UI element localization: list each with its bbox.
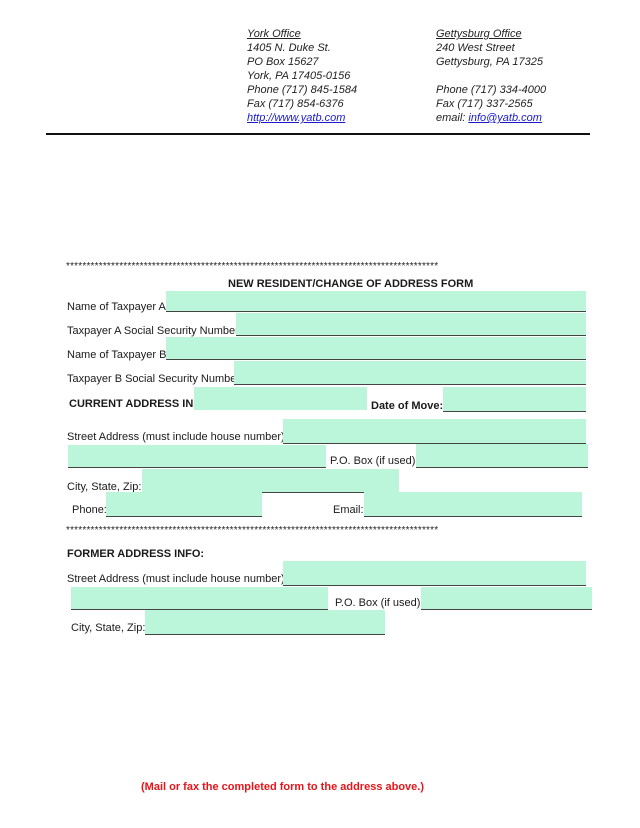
- taxpayer-b-ssn-field[interactable]: [234, 361, 586, 385]
- gettysburg-phone: Phone (717) 334-4000: [436, 83, 546, 97]
- email-field-label: Email:: [333, 504, 364, 517]
- former-street-label: Street Address (must include house numbe…: [67, 573, 288, 586]
- current-street-line2-field[interactable]: [68, 445, 326, 468]
- gettysburg-address-line: 240 West Street: [436, 41, 546, 55]
- email-link[interactable]: info@yatb.com: [468, 112, 542, 124]
- taxpayer-a-name-field[interactable]: [166, 291, 586, 311]
- york-address-line: 1405 N. Duke St.: [247, 41, 357, 55]
- former-po-box-field[interactable]: [421, 587, 592, 610]
- star-separator-2: ****************************************…: [66, 525, 590, 536]
- former-city-field[interactable]: [145, 610, 385, 635]
- gettysburg-office-title: Gettysburg Office: [436, 27, 546, 41]
- york-po-box: PO Box 15627: [247, 55, 357, 69]
- current-address-heading: CURRENT ADDRESS INFO:: [69, 398, 212, 411]
- taxpayer-a-ssn-field[interactable]: [236, 313, 586, 336]
- former-po-box-label: P.O. Box (if used):: [335, 597, 423, 610]
- gettysburg-blank-line: [436, 69, 546, 83]
- gettysburg-fax: Fax (717) 337-2565: [436, 97, 546, 111]
- gettysburg-city-line: Gettysburg, PA 17325: [436, 55, 546, 69]
- header-divider: [46, 133, 590, 135]
- website-link[interactable]: http://www.yatb.com: [247, 112, 345, 124]
- taxpayer-a-name-underline: [166, 311, 586, 312]
- york-office-block: York Office 1405 N. Duke St. PO Box 1562…: [247, 27, 357, 125]
- current-po-box-field[interactable]: [416, 444, 588, 468]
- former-street-line2-field[interactable]: [71, 587, 328, 610]
- york-phone: Phone (717) 845-1584: [247, 83, 357, 97]
- star-separator: ****************************************…: [66, 261, 596, 272]
- phone-label: Phone:: [72, 504, 107, 517]
- taxpayer-b-ssn-label: Taxpayer B Social Security Number:: [67, 373, 243, 386]
- york-city-line: York, PA 17405-0156: [247, 69, 357, 83]
- current-address-heading-field[interactable]: [194, 387, 367, 410]
- york-fax: Fax (717) 854-6376: [247, 97, 357, 111]
- york-office-title: York Office: [247, 27, 357, 41]
- taxpayer-b-name-field[interactable]: [166, 337, 586, 360]
- current-city-field[interactable]: [142, 469, 399, 493]
- former-address-heading: FORMER ADDRESS INFO:: [67, 548, 204, 561]
- date-of-move-label: Date of Move:: [371, 400, 443, 413]
- current-street-label: Street Address (must include house numbe…: [67, 431, 288, 444]
- current-po-box-label: P.O. Box (if used):: [330, 455, 418, 468]
- taxpayer-b-name-label: Name of Taxpayer B:: [67, 349, 170, 362]
- date-of-move-field[interactable]: [443, 387, 586, 412]
- current-street-field[interactable]: [283, 419, 586, 444]
- email-label: email:: [436, 112, 468, 124]
- former-street-field[interactable]: [283, 561, 586, 586]
- mail-instructions: (Mail or fax the completed form to the a…: [141, 781, 424, 793]
- email-field[interactable]: [364, 492, 582, 517]
- form-title: NEW RESIDENT/CHANGE OF ADDRESS FORM: [228, 278, 473, 290]
- taxpayer-a-name-label: Name of Taxpayer A:: [67, 301, 169, 314]
- gettysburg-office-block: Gettysburg Office 240 West Street Gettys…: [436, 27, 546, 125]
- phone-field[interactable]: [106, 492, 262, 517]
- former-city-label: City, State, Zip:: [71, 622, 145, 635]
